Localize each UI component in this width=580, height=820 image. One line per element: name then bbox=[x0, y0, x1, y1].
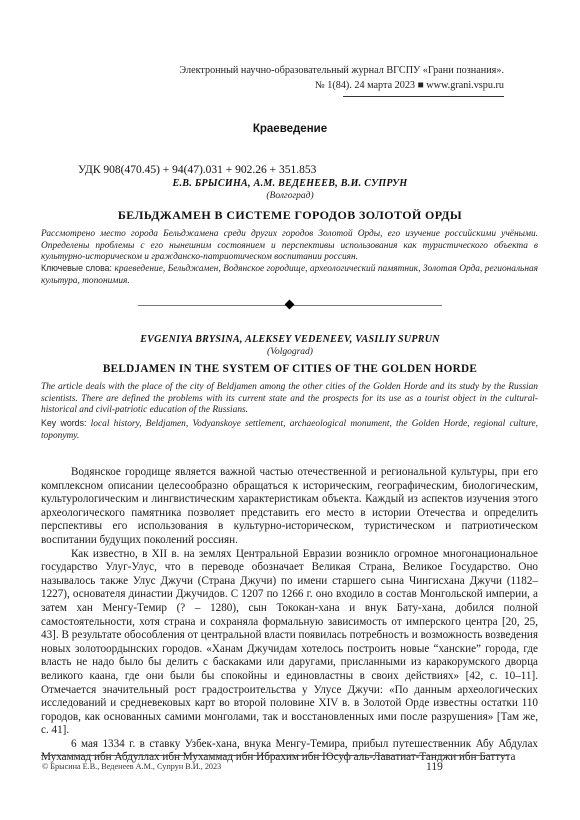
keywords-en: Key words: local history, Beldjamen, Vod… bbox=[41, 418, 538, 442]
keywords-text-en: local history, Beldjamen, Vodyanskoye se… bbox=[41, 419, 538, 441]
paragraph: Как известно, в XII в. на землях Централ… bbox=[41, 548, 538, 738]
keywords-label-ru: Ключевые слова: bbox=[41, 263, 112, 273]
paragraph: 6 мая 1334 г. в ставку Узбек-хана, внука… bbox=[41, 738, 538, 765]
authors-ru: Е.В. БРЫСИНА, А.М. ВЕДЕНЕЕВ, В.И. СУПРУН bbox=[0, 178, 580, 189]
abstract-ru: Рассмотрено место города Бельджамена сре… bbox=[41, 229, 538, 264]
authors-en: EVGENIYA BRYSINA, ALEKSEY VEDENEEV, VASI… bbox=[0, 334, 580, 345]
journal-header: Электронный научно-образовательный журна… bbox=[179, 63, 504, 93]
journal-title: Электронный научно-образовательный журна… bbox=[179, 63, 504, 78]
udk-code: УДК 908(470.45) + 94(47).031 + 902.26 + … bbox=[78, 164, 316, 176]
keywords-label-en: Key words: bbox=[41, 418, 86, 428]
article-title-ru: БЕЛЬДЖАМЕН В СИСТЕМЕ ГОРОДОВ ЗОЛОТОЙ ОРД… bbox=[0, 208, 580, 223]
footer-rule bbox=[41, 755, 509, 756]
diamond-icon bbox=[285, 300, 295, 310]
article-body: Водянское городище является важной часть… bbox=[41, 466, 538, 765]
keywords-text-ru: краеведение, Бельджамен, Водянское город… bbox=[41, 264, 538, 286]
city-en: (Volgograd) bbox=[0, 347, 580, 357]
copyright-notice: © Брысина Е.В., Веденеев А.М., Супрун В.… bbox=[42, 762, 221, 771]
page-number: 119 bbox=[426, 761, 443, 773]
section-rubric: Краеведение bbox=[0, 123, 580, 135]
abstract-en: The article deals with the place of the … bbox=[41, 382, 538, 417]
article-title-en: BELDJAMEN IN THE SYSTEM OF CITIES OF THE… bbox=[0, 363, 580, 375]
keywords-ru: Ключевые слова: краеведение, Бельджамен,… bbox=[41, 263, 538, 287]
issue-info: № 1(84). 24 марта 2023 ■ www.grani.vspu.… bbox=[179, 78, 504, 93]
header-rule bbox=[343, 96, 504, 97]
paragraph: Водянское городище является важной часть… bbox=[41, 466, 538, 548]
city-ru: (Волгоград) bbox=[0, 191, 580, 201]
